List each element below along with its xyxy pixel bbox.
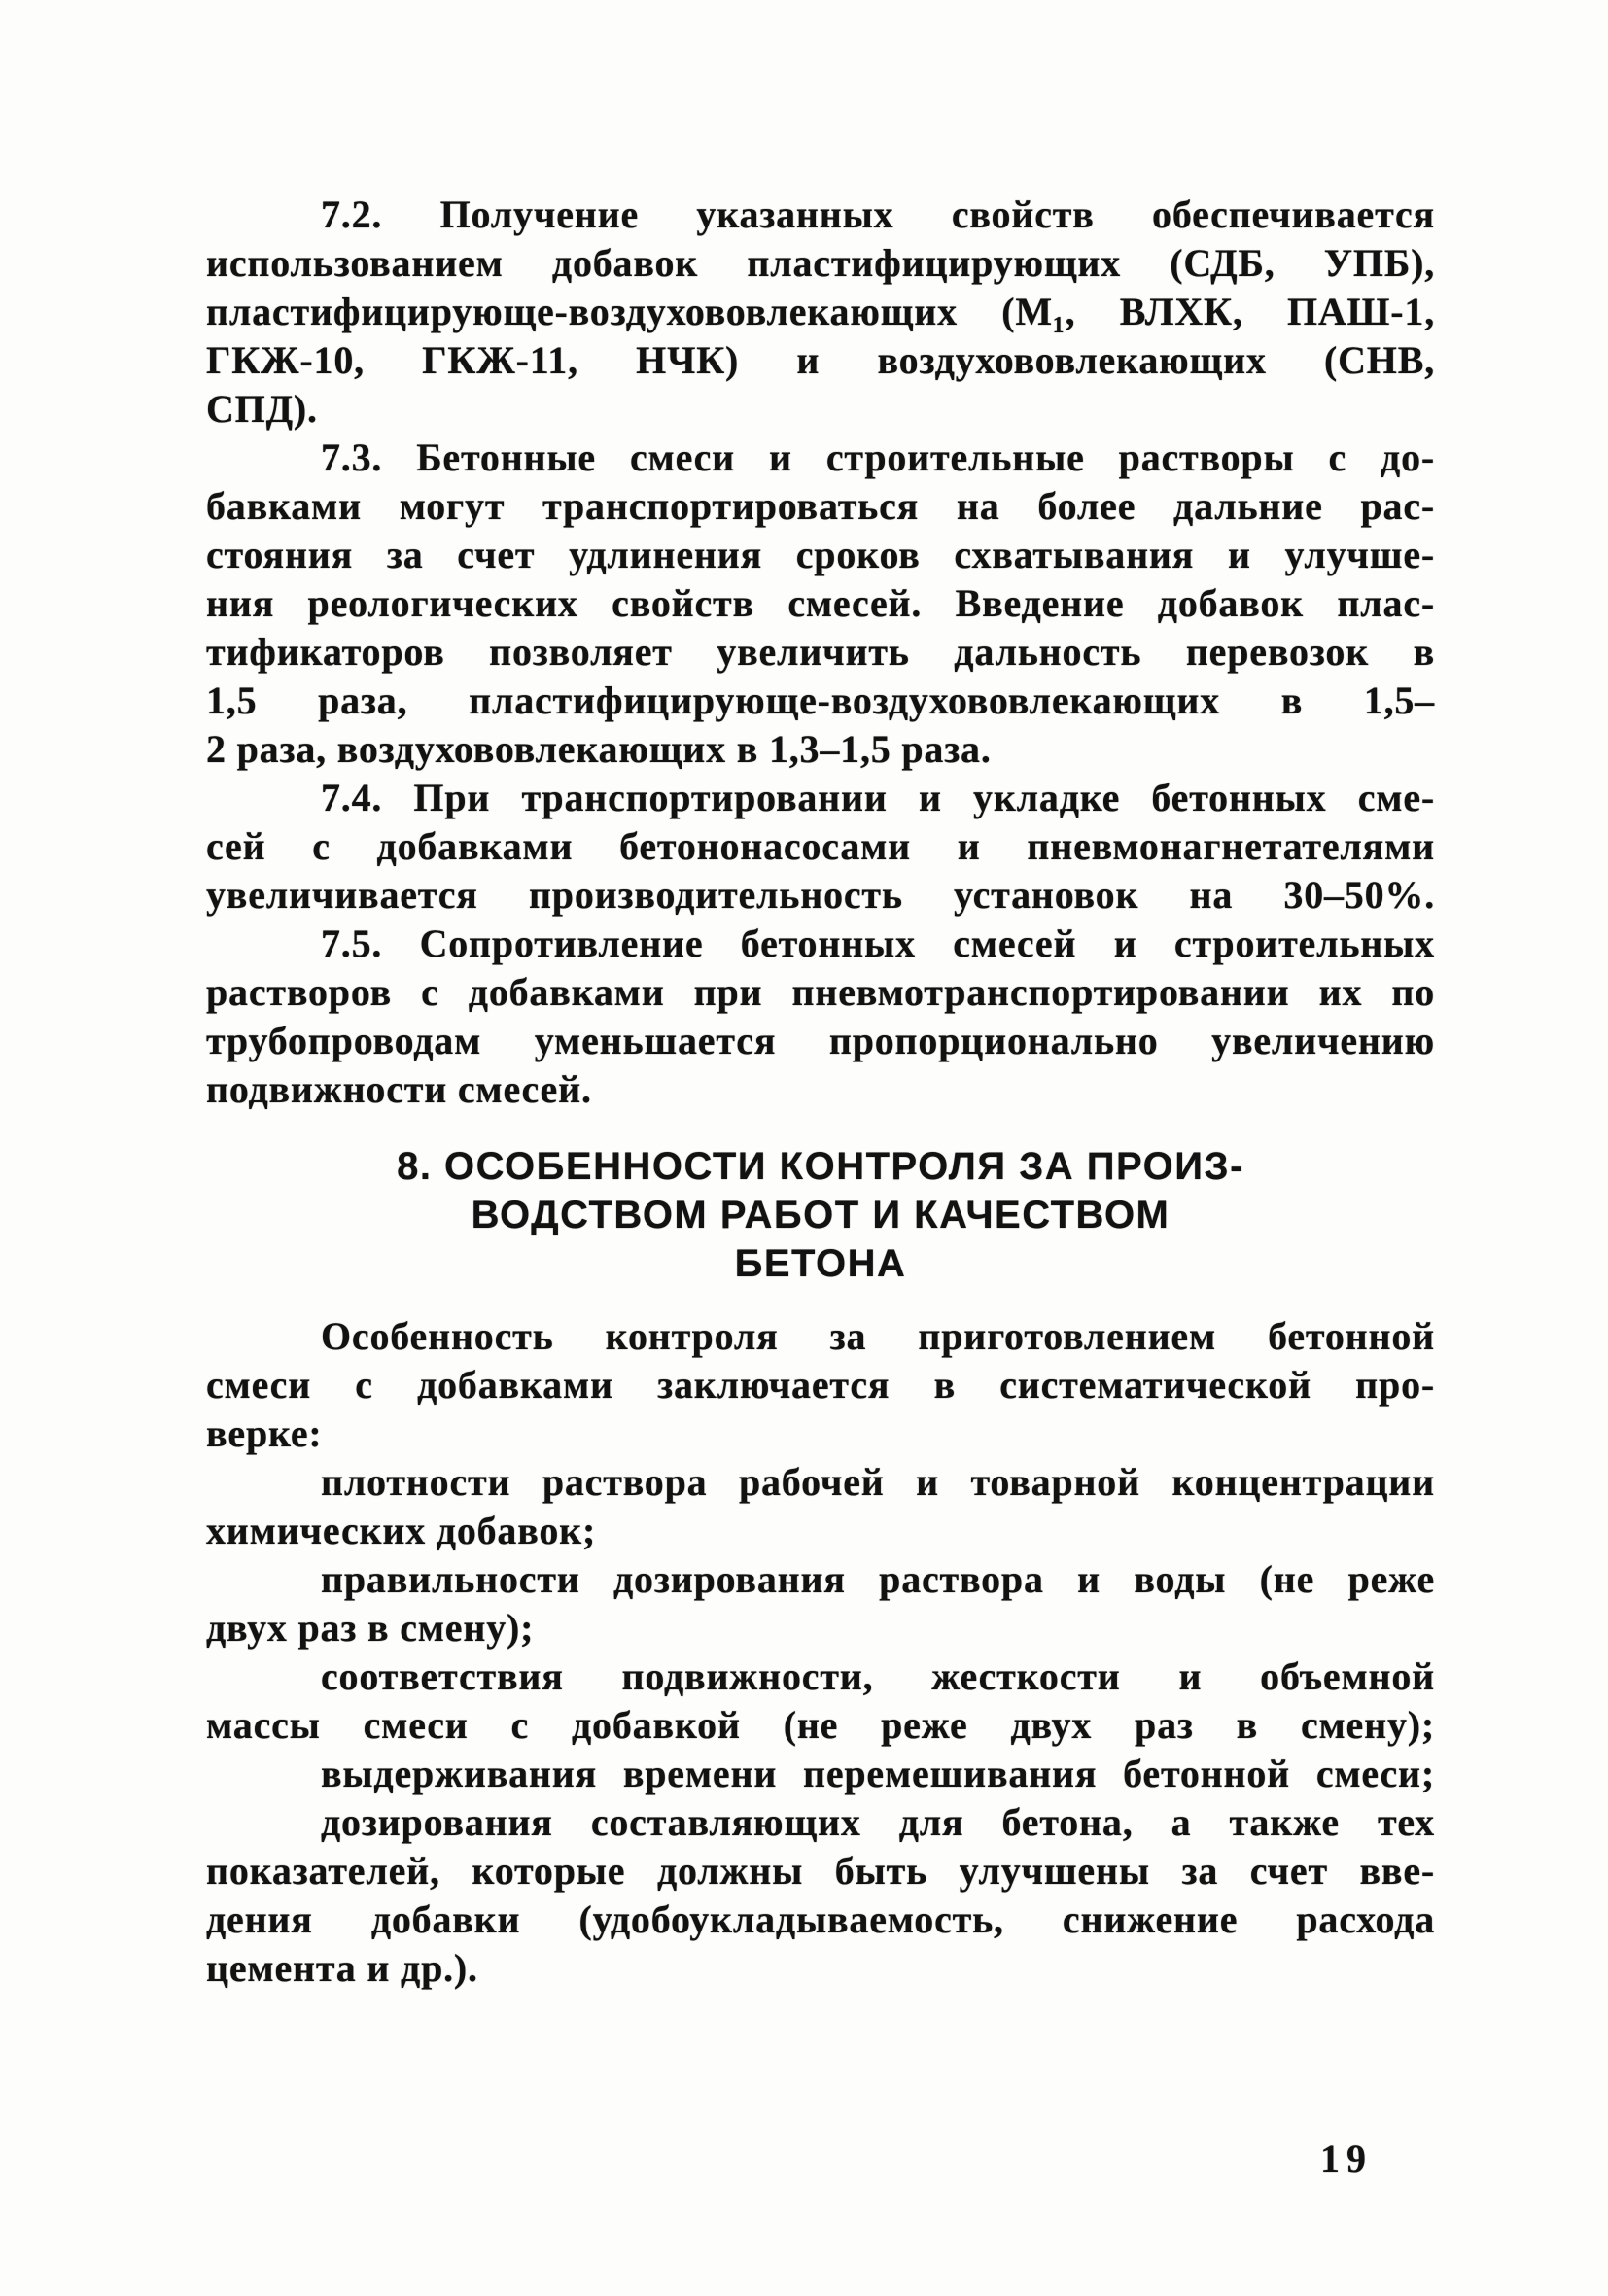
text-line: соответствия подвижности, жесткости и об… [206, 1652, 1435, 1701]
text-line: увеличивается производительность установ… [206, 871, 1435, 920]
text-line: стояния за счет удлинения сроков схватыв… [206, 531, 1435, 579]
heading-line: 8. ОСОБЕННОСТИ КОНТРОЛЯ ЗА ПРОИЗ- [206, 1142, 1435, 1191]
text-line: правильности дозирования раствора и воды… [206, 1555, 1435, 1604]
section-7-text: 7.2. Получение указанных свойств обеспеч… [206, 191, 1435, 1114]
text-line: дозирования составляющих для бетона, а т… [206, 1798, 1435, 1847]
page-number: 19 [1320, 2137, 1373, 2181]
text-line: СПД). [206, 385, 1435, 434]
scanned-page: 7.2. Получение указанных свойств обеспеч… [0, 0, 1608, 2296]
text-line: массы смеси с добавкой (не реже двух раз… [206, 1701, 1435, 1750]
text-line: пластифицирующе-воздухововлекающих (М₁, … [206, 288, 1435, 336]
text-line: плотности раствора рабочей и товарной ко… [206, 1458, 1435, 1507]
text-line: химических добавок; [206, 1507, 1435, 1555]
text-line: использованием добавок пластифицирующих … [206, 239, 1435, 288]
text-line: 2 раза, воздухововлекающих в 1,3–1,5 раз… [206, 725, 1435, 774]
text-line: цемента и др.). [206, 1944, 1435, 1993]
text-line: трубопроводам уменьшается пропорциональн… [206, 1017, 1435, 1065]
text-line: 7.2. Получение указанных свойств обеспеч… [206, 191, 1435, 239]
heading-line: ВОДСТВОМ РАБОТ И КАЧЕСТВОМ [206, 1191, 1435, 1239]
text-line: 7.5. Сопротивление бетонных смесей и стр… [206, 920, 1435, 968]
text-line: смеси с добавками заключается в системат… [206, 1361, 1435, 1409]
text-line: бавками могут транспортироваться на боле… [206, 482, 1435, 531]
section-8-heading: 8. ОСОБЕННОСТИ КОНТРОЛЯ ЗА ПРОИЗ- ВОДСТВ… [206, 1142, 1435, 1288]
text-line: 7.3. Бетонные смеси и строительные раств… [206, 434, 1435, 482]
section-8-text: Особенность контроля за приготовлением б… [206, 1312, 1435, 1993]
text-line: показателей, которые должны быть улучшен… [206, 1847, 1435, 1896]
text-line: сей с добавками бетононасосами и пневмон… [206, 822, 1435, 871]
text-line: двух раз в смену); [206, 1604, 1435, 1652]
text-line: растворов с добавками при пневмотранспор… [206, 968, 1435, 1017]
heading-line: БЕТОНА [206, 1239, 1435, 1288]
text-line: подвижности смесей. [206, 1065, 1435, 1114]
text-line: ния реологических свойств смесей. Введен… [206, 579, 1435, 628]
text-line: тификаторов позволяет увеличить дальност… [206, 628, 1435, 677]
text-line: верке: [206, 1409, 1435, 1458]
text-line: Особенность контроля за приготовлением б… [206, 1312, 1435, 1361]
text-line: 7.4. При транспортировании и укладке бет… [206, 774, 1435, 822]
text-line: дения добавки (удобоукладываемость, сниж… [206, 1896, 1435, 1944]
text-line: ГКЖ-10, ГКЖ-11, НЧК) и воздухововлекающи… [206, 336, 1435, 385]
text-line: 1,5 раза, пластифицирующе-воздухововлека… [206, 677, 1435, 725]
text-line: выдерживания времени перемешивания бетон… [206, 1750, 1435, 1798]
